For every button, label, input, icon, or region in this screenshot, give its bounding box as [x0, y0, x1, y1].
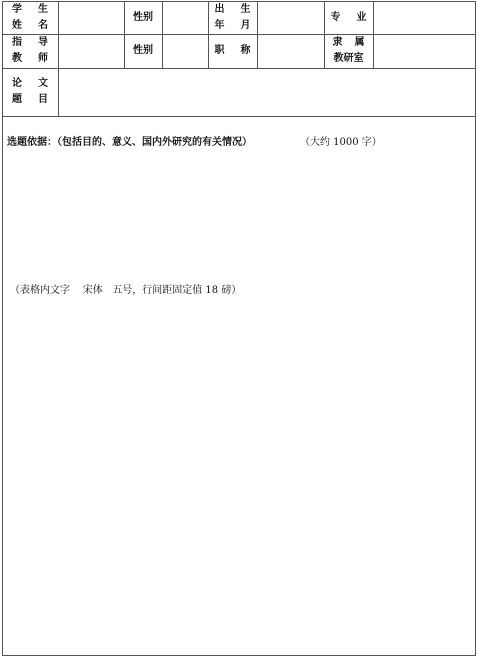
label-char: 生	[241, 2, 251, 18]
major-field[interactable]	[373, 1, 476, 34]
label-char: 隶	[333, 35, 343, 51]
label-line: 教研室	[334, 51, 364, 67]
row-divider	[2, 116, 476, 117]
thesis-title-label: 论 文 题 目	[2, 68, 58, 116]
label-char: 目	[38, 92, 48, 108]
title-field[interactable]	[257, 34, 324, 68]
label-char: 职	[215, 43, 225, 59]
label-char: 月	[241, 18, 251, 34]
label-char: 题	[12, 92, 22, 108]
advisor-field[interactable]	[58, 34, 124, 68]
label-char: 姓	[12, 18, 22, 34]
label-char: 生	[38, 2, 48, 18]
section-heading: 选题依据：（包括目的、意义、国内外研究的有关情况）	[7, 133, 252, 148]
label-char: 专	[331, 10, 341, 26]
label-char: 年	[215, 18, 225, 34]
label-char: 属	[355, 35, 365, 51]
advisor-label: 指 导 教 师	[2, 34, 58, 68]
birth-date-label: 出 生 年 月	[208, 1, 257, 34]
student-name-label: 学 生 姓 名	[2, 1, 58, 34]
department-field[interactable]	[373, 34, 476, 68]
label-char: 论	[12, 76, 22, 92]
label-char: 名	[38, 18, 48, 34]
thesis-title-field[interactable]	[58, 68, 476, 116]
label-char: 指	[12, 35, 22, 51]
student-name-field[interactable]	[58, 1, 124, 34]
advisor-gender-field[interactable]	[162, 34, 208, 68]
student-gender-label: 性别	[124, 1, 162, 34]
label-char: 导	[38, 35, 48, 51]
student-gender-field[interactable]	[162, 1, 208, 34]
label-char: 出	[215, 2, 225, 18]
label-char: 称	[241, 43, 251, 59]
major-label: 专 业	[324, 1, 373, 34]
label-char: 学	[12, 2, 22, 18]
section-body-field[interactable]	[3, 150, 475, 655]
word-count-hint: （大约 1000 字）	[300, 133, 382, 148]
label-char: 教	[12, 51, 22, 67]
label-char: 师	[38, 51, 48, 67]
department-label: 隶 属 教研室	[324, 34, 373, 68]
label-char: 文	[38, 76, 48, 92]
birth-date-field[interactable]	[257, 1, 324, 34]
title-label: 职 称	[208, 34, 257, 68]
label-char: 业	[357, 10, 367, 26]
advisor-gender-label: 性别	[124, 34, 162, 68]
